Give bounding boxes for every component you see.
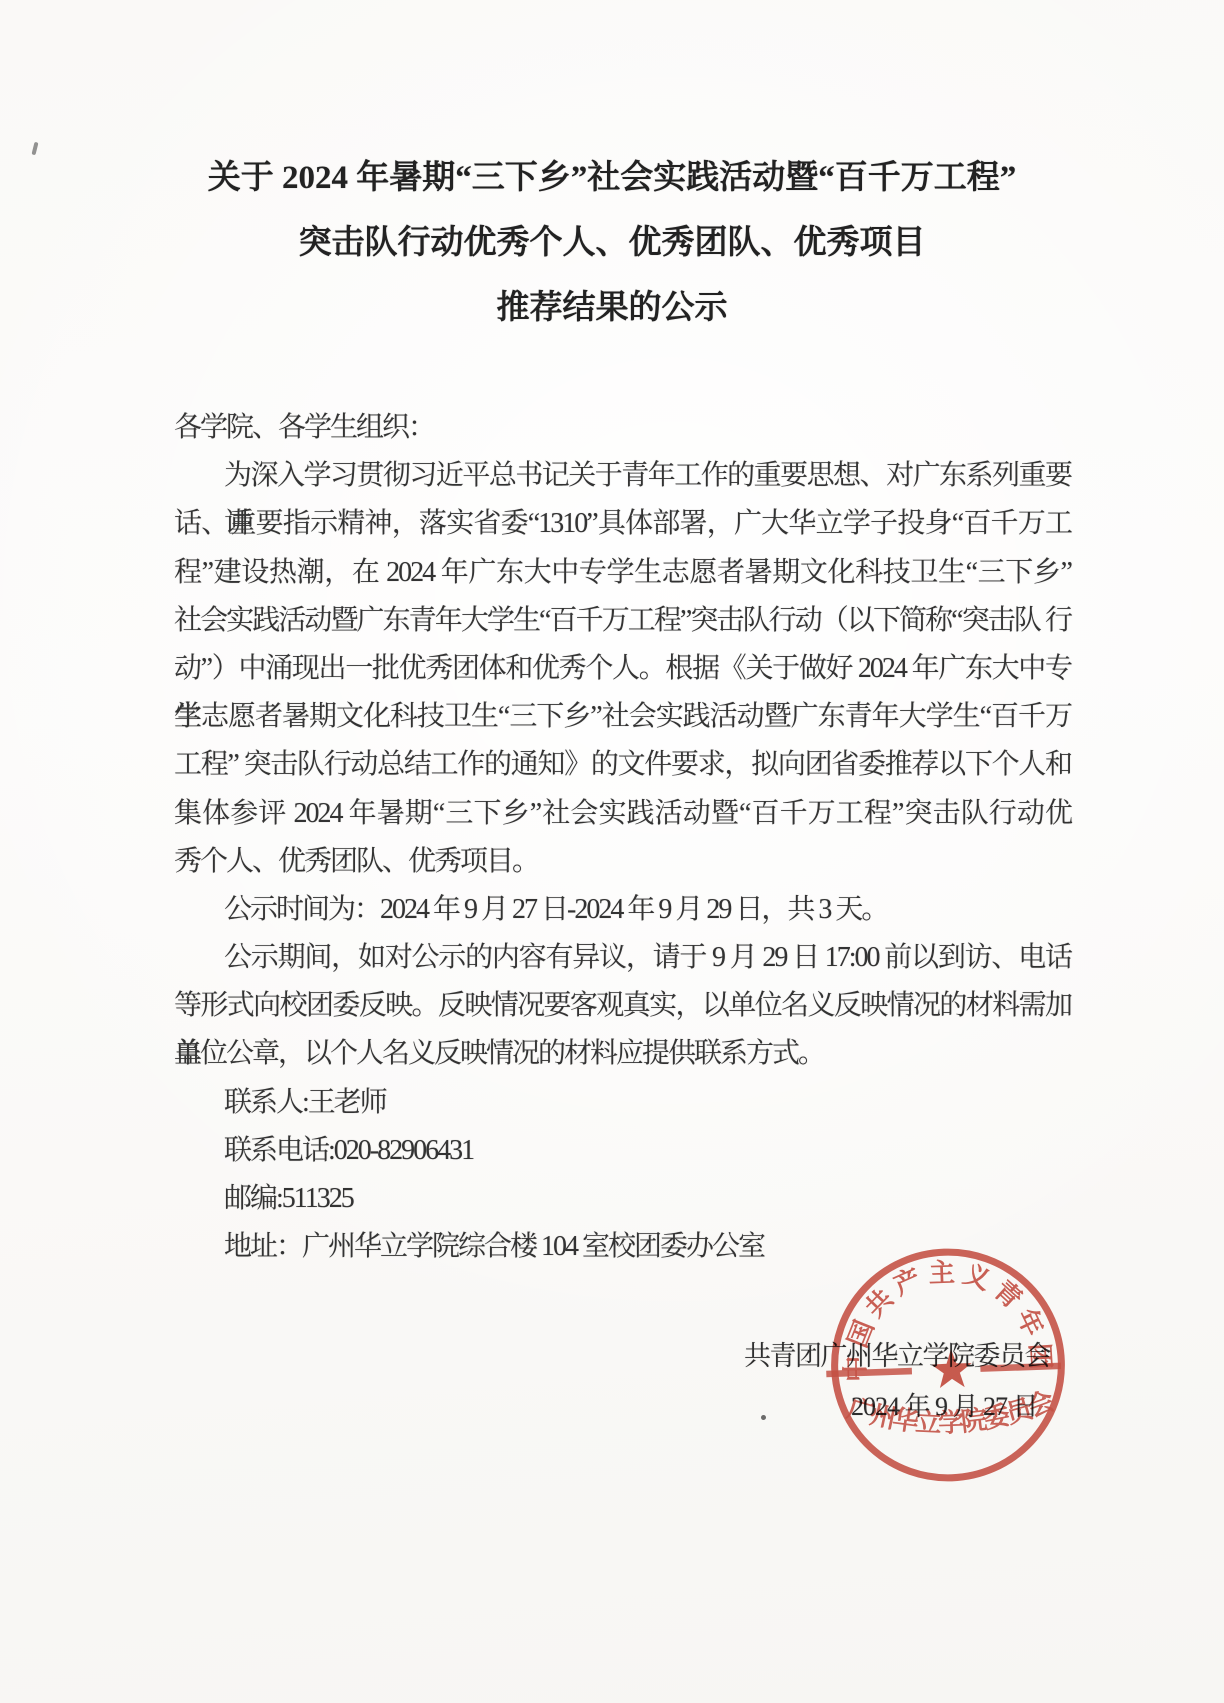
document-title: 关于 2024 年暑期“三下乡”社会实践活动暨“百千万工程” 突击队行动优秀个人…: [0, 146, 1224, 341]
body-line: 工程” 突击队行动总结工作的通知》的文件要求，拟向团省委推荐以下个人和: [174, 741, 1071, 789]
contact-person-line: 联系人:王老师: [174, 1079, 1071, 1127]
address-line: 地址：广州华立学院综合楼 104 室校团委办公室: [174, 1223, 1071, 1271]
document-body: 各学院、各学生组织： 为深入学习贯彻习近平总书记关于青年工作的重要思想、对广东系…: [174, 404, 1071, 1271]
title-line-2: 突击队行动优秀个人、优秀团队、优秀项目: [0, 211, 1224, 276]
document-page: 关于 2024 年暑期“三下乡”社会实践活动暨“百千万工程” 突击队行动优秀个人…: [0, 0, 1224, 1703]
body-line: 动”）中涌现出一批优秀团体和优秀个人。根据《关于做好 2024 年广东大中专学: [174, 645, 1071, 693]
body-line: 秀个人、优秀团队、优秀项目。: [174, 838, 1071, 886]
publicity-period-line: 公示时间为：2024 年 9 月 27 日-2024 年 9 月 29 日，共 …: [174, 886, 1071, 934]
signature-org: 共青团广州华立学院委员会: [744, 1334, 1050, 1373]
scan-artifact-dot: [761, 1415, 766, 1420]
body-line: 社会实践活动暨广东青年大学生“百千万工程”突击队行动（以下简称“突击队 行: [174, 597, 1071, 645]
title-line-1: 关于 2024 年暑期“三下乡”社会实践活动暨“百千万工程”: [0, 146, 1224, 211]
body-line: 话、重要指示精神，落实省委“1310”具体部署，广大华立学子投身“百千万工: [174, 500, 1071, 548]
body-line: 等形式向校团委反映。反映情况要客观真实，以单位名义反映情况的材料需加盖: [174, 982, 1071, 1030]
body-line: 为深入学习贯彻习近平总书记关于青年工作的重要思想、对广东系列重要讲: [174, 452, 1071, 500]
salutation-line: 各学院、各学生组织：: [174, 404, 1071, 452]
signature-date: 2024 年 9 月 27 日: [851, 1386, 1038, 1423]
body-line: 生志愿者暑期文化科技卫生“三下乡”社会实践活动暨广东青年大学生“百千万: [174, 693, 1071, 741]
postcode-line: 邮编:511325: [174, 1175, 1071, 1223]
title-line-3: 推荐结果的公示: [0, 276, 1224, 341]
body-line: 公示期间，如对公示的内容有异议，请于 9 月 29 日 17:00 前以到访、电…: [174, 934, 1071, 982]
body-line: 程”建设热潮，在 2024 年广东大中专学生志愿者暑期文化科技卫生“三下乡”: [174, 549, 1071, 597]
body-line: 单位公章，以个人名义反映情况的材料应提供联系方式。: [174, 1030, 1071, 1078]
body-line: 集体参评 2024 年暑期“三下乡”社会实践活动暨“百千万工程”突击队行动优: [174, 790, 1071, 838]
contact-phone-line: 联系电话:020-82906431: [174, 1127, 1071, 1175]
